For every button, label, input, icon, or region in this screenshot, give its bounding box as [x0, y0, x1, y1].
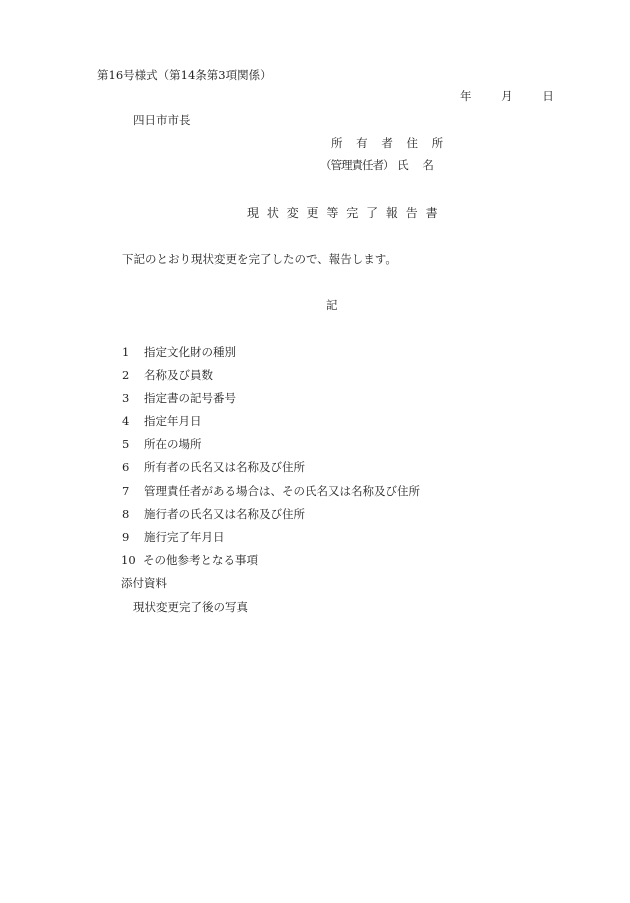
date-year-label: 年: [460, 91, 472, 103]
document-title: 現 状 変 更 等 完 了 報 告 書: [247, 207, 438, 219]
date-month-label: 月: [501, 91, 513, 103]
item-number: 1: [122, 347, 144, 359]
item-text: 指定書の記号番号: [144, 391, 236, 405]
item-number: 8: [122, 509, 144, 521]
title-char: 更: [307, 206, 319, 220]
intro-text: 下記のとおり現状変更を完了したので、報告します。: [122, 254, 397, 266]
char: 名: [422, 158, 434, 172]
manager-prefix: （管理責任者）: [320, 158, 394, 172]
item-number: 6: [122, 462, 144, 474]
title-char: 状: [267, 206, 279, 220]
list-item: 3指定書の記号番号: [122, 393, 236, 405]
item-text: 施行完了年月日: [144, 530, 225, 544]
item-text: その他参考となる事項: [143, 553, 258, 567]
char: 有: [356, 136, 368, 150]
title-char: 完: [346, 206, 358, 220]
date-line: 年 月 日: [460, 91, 554, 103]
list-item: 9施行完了年月日: [122, 532, 225, 544]
list-item: 8施行者の氏名又は名称及び住所: [122, 509, 305, 521]
list-item: 7管理責任者がある場合は、その氏名又は名称及び住所: [122, 486, 420, 498]
item-text: 指定文化財の種別: [144, 345, 236, 359]
title-char: 等: [326, 206, 338, 220]
title-char: 了: [366, 206, 378, 220]
owner-address-label: 所 有 者 住 所: [331, 138, 443, 150]
char: 氏: [397, 158, 409, 172]
list-item: 1指定文化財の種別: [122, 347, 236, 359]
item-number: 4: [122, 416, 144, 428]
item-number: 2: [122, 370, 144, 382]
char: 所: [432, 136, 444, 150]
list-item: 6所有者の氏名又は名称及び住所: [122, 462, 305, 474]
item-text: 指定年月日: [144, 414, 202, 428]
list-item: 10その他参考となる事項: [121, 555, 258, 567]
item-text: 施行者の氏名又は名称及び住所: [144, 507, 305, 521]
item-number: 7: [122, 486, 144, 498]
item-text: 所在の場所: [144, 437, 202, 451]
addressee: 四日市市長: [133, 115, 191, 127]
char: 者: [381, 136, 393, 150]
title-char: 変: [287, 206, 299, 220]
item-number: 9: [122, 532, 144, 544]
list-item: 5所在の場所: [122, 439, 202, 451]
item-text: 名称及び員数: [144, 368, 213, 382]
attachment-item: 現状変更完了後の写真: [133, 602, 248, 614]
attachments-label: 添付資料: [121, 578, 167, 590]
char: 所: [331, 136, 343, 150]
title-char: 報: [386, 206, 398, 220]
ki-heading: 記: [326, 300, 338, 312]
item-text: 管理責任者がある場合は、その氏名又は名称及び住所: [144, 484, 420, 498]
manager-name-label: （管理責任者） 氏 名: [320, 160, 434, 172]
char: 住: [406, 136, 418, 150]
item-number: 3: [122, 393, 144, 405]
item-text: 所有者の氏名又は名称及び住所: [144, 460, 305, 474]
title-char: 告: [406, 206, 418, 220]
list-item: 2名称及び員数: [122, 370, 213, 382]
title-char: 書: [426, 206, 438, 220]
item-number: 5: [122, 439, 144, 451]
date-day-label: 日: [542, 91, 554, 103]
title-char: 現: [247, 206, 259, 220]
form-number: 第16号様式（第14条第3項関係）: [97, 70, 272, 82]
list-item: 4指定年月日: [122, 416, 202, 428]
item-number: 10: [121, 555, 143, 567]
